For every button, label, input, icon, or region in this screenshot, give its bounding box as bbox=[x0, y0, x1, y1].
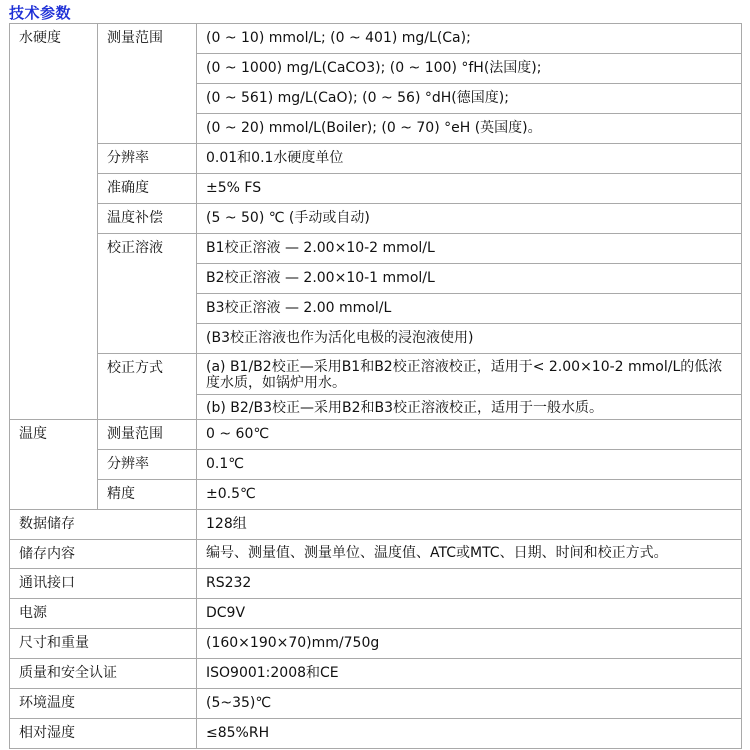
param-label: 准确度 bbox=[98, 174, 197, 204]
param-value: (b) B2/B3校正—采用B2和B3校正溶液校正，适用于一般水质。 bbox=[197, 395, 742, 420]
param-label: 数据储存 bbox=[10, 510, 197, 540]
table-row: 数据储存 128组 bbox=[10, 510, 742, 540]
group-label-hardness: 水硬度 bbox=[10, 24, 98, 420]
section-title: 技术参数 bbox=[9, 2, 71, 23]
param-label: 分辨率 bbox=[98, 450, 197, 480]
param-value: (0 ~ 1000) mg/L(CaCO3); (0 ~ 100) °fH(法国… bbox=[197, 54, 742, 84]
table-row: 校正方式 (a) B1/B2校正—采用B1和B2校正溶液校正，适用于< 2.00… bbox=[10, 354, 742, 395]
param-value: 0.1℃ bbox=[197, 450, 742, 480]
param-label: 通讯接口 bbox=[10, 569, 197, 599]
table-row: 质量和安全认证 ISO9001:2008和CE bbox=[10, 659, 742, 689]
param-label: 温度补偿 bbox=[98, 204, 197, 234]
table-row: 尺寸和重量 (160×190×70)mm/750g bbox=[10, 629, 742, 659]
param-label: 储存内容 bbox=[10, 540, 197, 569]
param-label: 质量和安全认证 bbox=[10, 659, 197, 689]
table-row: 温度 测量范围 0 ~ 60℃ bbox=[10, 420, 742, 450]
param-label: 校正溶液 bbox=[98, 234, 197, 354]
table-row: 储存内容 编号、测量值、测量单位、温度值、ATC或MTC、日期、时间和校正方式。 bbox=[10, 540, 742, 569]
param-label: 电源 bbox=[10, 599, 197, 629]
param-value: DC9V bbox=[197, 599, 742, 629]
param-value: B3校正溶液 — 2.00 mmol/L bbox=[197, 294, 742, 324]
table-row: 精度 ±0.5℃ bbox=[10, 480, 742, 510]
param-label: 分辨率 bbox=[98, 144, 197, 174]
param-value: ≤85%RH bbox=[197, 719, 742, 749]
param-value: (B3校正溶液也作为活化电极的浸泡液使用) bbox=[197, 324, 742, 354]
group-label-temperature: 温度 bbox=[10, 420, 98, 510]
param-value: ±0.5℃ bbox=[197, 480, 742, 510]
param-value: ISO9001:2008和CE bbox=[197, 659, 742, 689]
param-value: (5 ~ 50) ℃ (手动或自动) bbox=[197, 204, 742, 234]
table-row: 水硬度 测量范围 (0 ~ 10) mmol/L; (0 ~ 401) mg/L… bbox=[10, 24, 742, 54]
param-label: 精度 bbox=[98, 480, 197, 510]
spec-table: 水硬度 测量范围 (0 ~ 10) mmol/L; (0 ~ 401) mg/L… bbox=[9, 23, 742, 749]
param-value: RS232 bbox=[197, 569, 742, 599]
param-value: (0 ~ 20) mmol/L(Boiler); (0 ~ 70) °eH (英… bbox=[197, 114, 742, 144]
param-value: 0 ~ 60℃ bbox=[197, 420, 742, 450]
param-value: (0 ~ 10) mmol/L; (0 ~ 401) mg/L(Ca); bbox=[197, 24, 742, 54]
param-value: 0.01和0.1水硬度单位 bbox=[197, 144, 742, 174]
param-value: (a) B1/B2校正—采用B1和B2校正溶液校正，适用于< 2.00×10-2… bbox=[197, 354, 742, 395]
param-label: 尺寸和重量 bbox=[10, 629, 197, 659]
table-row: 分辨率 0.01和0.1水硬度单位 bbox=[10, 144, 742, 174]
table-row: 校正溶液 B1校正溶液 — 2.00×10-2 mmol/L bbox=[10, 234, 742, 264]
table-row: 温度补偿 (5 ~ 50) ℃ (手动或自动) bbox=[10, 204, 742, 234]
table-row: 相对湿度 ≤85%RH bbox=[10, 719, 742, 749]
param-label: 相对湿度 bbox=[10, 719, 197, 749]
param-value: ±5% FS bbox=[197, 174, 742, 204]
param-value: B1校正溶液 — 2.00×10-2 mmol/L bbox=[197, 234, 742, 264]
param-label: 校正方式 bbox=[98, 354, 197, 420]
param-value: 128组 bbox=[197, 510, 742, 540]
table-row: 环境温度 (5~35)℃ bbox=[10, 689, 742, 719]
param-label: 测量范围 bbox=[98, 24, 197, 144]
param-label: 测量范围 bbox=[98, 420, 197, 450]
param-value: (0 ~ 561) mg/L(CaO); (0 ~ 56) °dH(德国度); bbox=[197, 84, 742, 114]
param-value: 编号、测量值、测量单位、温度值、ATC或MTC、日期、时间和校正方式。 bbox=[197, 540, 742, 569]
param-label: 环境温度 bbox=[10, 689, 197, 719]
param-value: (160×190×70)mm/750g bbox=[197, 629, 742, 659]
param-value: (5~35)℃ bbox=[197, 689, 742, 719]
table-row: 电源 DC9V bbox=[10, 599, 742, 629]
table-row: 准确度 ±5% FS bbox=[10, 174, 742, 204]
param-value: B2校正溶液 — 2.00×10-1 mmol/L bbox=[197, 264, 742, 294]
table-row: 分辨率 0.1℃ bbox=[10, 450, 742, 480]
table-row: 通讯接口 RS232 bbox=[10, 569, 742, 599]
